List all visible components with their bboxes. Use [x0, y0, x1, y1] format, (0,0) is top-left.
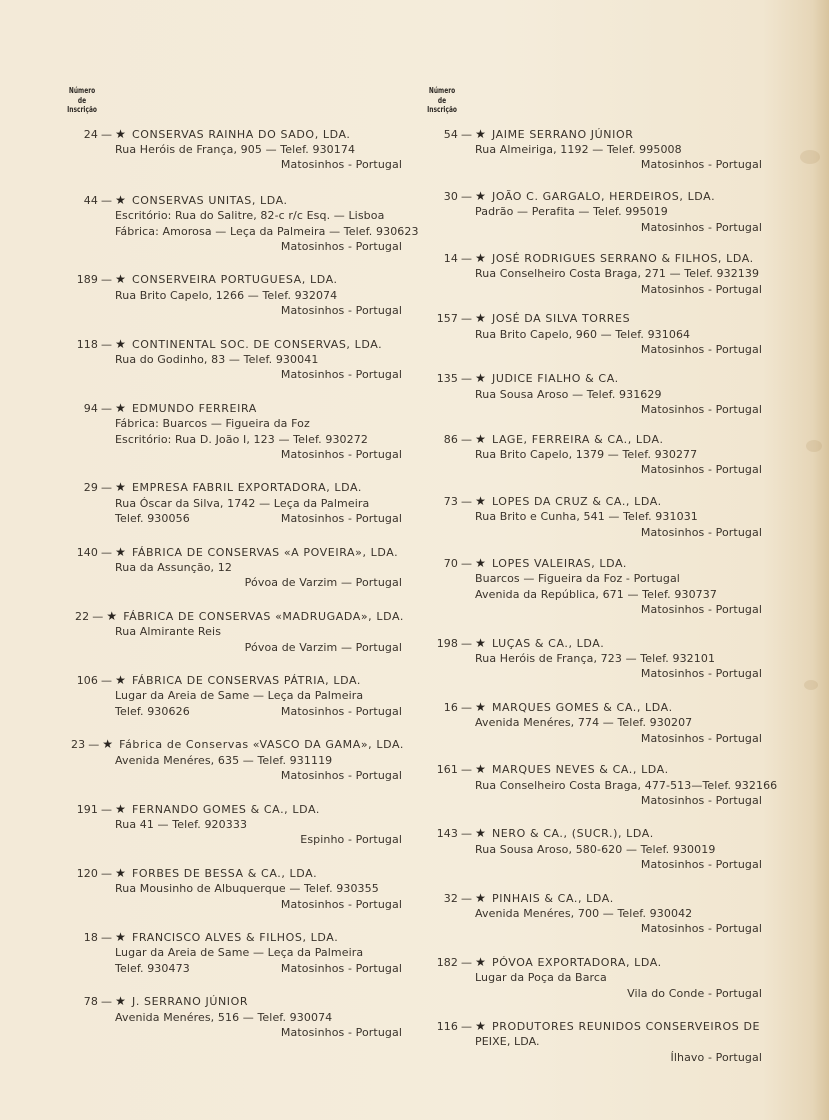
phone-locality-row: Telef. 930626Matosinhos - Portugal [64, 704, 404, 719]
locality: Póvoa de Varzim — Portugal [64, 575, 404, 590]
registration-number: 191 [64, 802, 98, 817]
locality: Matosinhos - Portugal [64, 303, 404, 318]
registration-number: 182 [424, 955, 458, 970]
registration-number: 135 [424, 371, 458, 386]
address-line: Rua Brito e Cunha, 541 — Telef. 931031 [424, 509, 764, 524]
phone-number: Telef. 930626 [115, 704, 190, 719]
entry-heading: 198—★LUÇAS & CA., LDA. [424, 636, 764, 651]
address-line: Lugar da Areia de Same — Leça da Palmeir… [64, 688, 404, 703]
company-name: Fábrica de Conservas «VASCO DA GAMA», LD… [119, 737, 404, 752]
address-line: Avenida Menéres, 516 — Telef. 930074 [64, 1010, 404, 1025]
company-entry: 24—★CONSERVAS RAINHA DO SADO, LDA.Rua He… [64, 127, 404, 173]
company-name: MARQUES NEVES & CA., LDA. [492, 762, 669, 777]
entry-heading: 73—★LOPES DA CRUZ & CA., LDA. [424, 494, 764, 509]
registration-number: 94 [64, 401, 98, 416]
star-icon: ★ [475, 955, 486, 970]
company-entry: 44—★CONSERVAS UNITAS, LDA.Escritório: Ru… [64, 193, 404, 255]
address-line: Avenida Menéres, 700 — Telef. 930042 [424, 906, 764, 921]
company-entry: 70—★LOPES VALEIRAS, LDA.Buarcos — Figuei… [424, 556, 764, 618]
header-line: Número [424, 86, 460, 96]
dash-separator: — [461, 1019, 472, 1034]
entry-heading: 140—★FÁBRICA DE CONSERVAS «A POVEIRA», L… [64, 545, 404, 560]
scanned-page: Número de Inscrição 24—★CONSERVAS RAINHA… [0, 0, 829, 1120]
address-line: Escritório: Rua do Salitre, 82-c r/c Esq… [64, 208, 404, 223]
address-line: PEIXE, LDA. [424, 1034, 764, 1049]
dash-separator: — [461, 251, 472, 266]
star-icon: ★ [115, 127, 126, 142]
entry-heading: 30—★JOÃO C. GARGALO, HERDEIROS, LDA. [424, 189, 764, 204]
company-name: FÁBRICA DE CONSERVAS PÁTRIA, LDA. [132, 673, 361, 688]
dash-separator: — [461, 371, 472, 386]
address-line: Lugar da Poça da Barca [424, 970, 764, 985]
registration-number: 189 [64, 272, 98, 287]
star-icon: ★ [115, 930, 126, 945]
registration-number-header: Número de Inscrição [424, 86, 460, 115]
registration-number: 44 [64, 193, 98, 208]
address-line: Lugar da Areia de Same — Leça da Palmeir… [64, 945, 404, 960]
dash-separator: — [101, 272, 112, 287]
left-column: Número de Inscrição 24—★CONSERVAS RAINHA… [64, 86, 404, 1040]
company-name: LOPES DA CRUZ & CA., LDA. [492, 494, 662, 509]
locality: Matosinhos - Portugal [424, 157, 764, 172]
star-icon: ★ [115, 480, 126, 495]
dash-separator: — [461, 311, 472, 326]
company-name: CONTINENTAL SOC. DE CONSERVAS, LDA. [132, 337, 382, 352]
locality: Ílhavo - Portugal [424, 1050, 764, 1065]
registration-number: 73 [424, 494, 458, 509]
registration-number: 86 [424, 432, 458, 447]
entry-heading: 16—★MARQUES GOMES & CA., LDA. [424, 700, 764, 715]
address-line: Rua 41 — Telef. 920333 [64, 817, 404, 832]
locality: Matosinhos - Portugal [424, 402, 764, 417]
dash-separator: — [461, 189, 472, 204]
address-line: Rua Almeiriga, 1192 — Telef. 995008 [424, 142, 764, 157]
registration-number: 24 [64, 127, 98, 142]
locality: Matosinhos - Portugal [424, 602, 764, 617]
dash-separator: — [461, 127, 472, 142]
header-line: Inscrição [424, 105, 460, 115]
dash-separator: — [101, 337, 112, 352]
company-name: EDMUNDO FERREIRA [132, 401, 257, 416]
star-icon: ★ [475, 432, 486, 447]
registration-number: 16 [424, 700, 458, 715]
company-entry: 22—★FÁBRICA DE CONSERVAS «MADRUGADA», LD… [64, 609, 404, 655]
locality: Espinho - Portugal [64, 832, 404, 847]
address-line: Rua Brito Capelo, 1266 — Telef. 932074 [64, 288, 404, 303]
star-icon: ★ [102, 737, 113, 752]
company-entry: 32—★PINHAIS & CA., LDA.Avenida Menéres, … [424, 891, 764, 937]
company-name: FORBES DE BESSA & CA., LDA. [132, 866, 317, 881]
company-entry: 161—★MARQUES NEVES & CA., LDA.Rua Consel… [424, 762, 764, 808]
address-line: Rua Conselheiro Costa Braga, 271 — Telef… [424, 266, 764, 281]
dash-separator: — [101, 930, 112, 945]
company-entry: 78—★J. SERRANO JÚNIORAvenida Menéres, 51… [64, 994, 404, 1040]
dash-separator: — [461, 700, 472, 715]
address-line: Fábrica: Amorosa — Leça da Palmeira — Te… [64, 224, 404, 239]
locality: Matosinhos - Portugal [424, 220, 764, 235]
company-entry: 14—★JOSÉ RODRIGUES SERRANO & FILHOS, LDA… [424, 251, 764, 297]
company-entry: 54—★JAIME SERRANO JÚNIORRua Almeiriga, 1… [424, 127, 764, 173]
star-icon: ★ [475, 251, 486, 266]
header-line: Número [64, 86, 100, 96]
address-line: Rua Heróis de França, 905 — Telef. 93017… [64, 142, 404, 157]
dash-separator: — [461, 636, 472, 651]
registration-number: 32 [424, 891, 458, 906]
entry-heading: 22—★FÁBRICA DE CONSERVAS «MADRUGADA», LD… [64, 609, 404, 624]
company-entry: 140—★FÁBRICA DE CONSERVAS «A POVEIRA», L… [64, 545, 404, 591]
star-icon: ★ [475, 311, 486, 326]
company-entry: 135—★JUDICE FIALHO & CA.Rua Sousa Aroso … [424, 371, 764, 417]
star-icon: ★ [475, 1019, 486, 1034]
company-name: J. SERRANO JÚNIOR [132, 994, 248, 1009]
dash-separator: — [461, 826, 472, 841]
entry-heading: 14—★JOSÉ RODRIGUES SERRANO & FILHOS, LDA… [424, 251, 764, 266]
company-name: FÁBRICA DE CONSERVAS «A POVEIRA», LDA. [132, 545, 398, 560]
entry-heading: 32—★PINHAIS & CA., LDA. [424, 891, 764, 906]
dash-separator: — [461, 955, 472, 970]
company-list: 24—★CONSERVAS RAINHA DO SADO, LDA.Rua He… [64, 127, 404, 1041]
entry-heading: 106—★FÁBRICA DE CONSERVAS PÁTRIA, LDA. [64, 673, 404, 688]
address-line: Avenida Menéres, 774 — Telef. 930207 [424, 715, 764, 730]
registration-number: 30 [424, 189, 458, 204]
locality: Matosinhos - Portugal [64, 1025, 404, 1040]
registration-number: 198 [424, 636, 458, 651]
address-line: Buarcos — Figueira da Foz - Portugal [424, 571, 764, 586]
header-line: de [424, 96, 460, 106]
locality: Matosinhos - Portugal [281, 704, 402, 719]
address-line: Fábrica: Buarcos — Figueira da Foz [64, 416, 404, 431]
address-line: Avenida da República, 671 — Telef. 93073… [424, 587, 764, 602]
dash-separator: — [101, 994, 112, 1009]
address-line: Padrão — Perafita — Telef. 995019 [424, 204, 764, 219]
address-line: Rua Mousinho de Albuquerque — Telef. 930… [64, 881, 404, 896]
company-entry: 30—★JOÃO C. GARGALO, HERDEIROS, LDA.Padr… [424, 189, 764, 235]
star-icon: ★ [475, 127, 486, 142]
company-name: LUÇAS & CA., LDA. [492, 636, 604, 651]
locality: Matosinhos - Portugal [424, 666, 764, 681]
paper-stain [804, 680, 818, 690]
locality: Matosinhos - Portugal [281, 511, 402, 526]
company-name: EMPRESA FABRIL EXPORTADORA, LDA. [132, 480, 362, 495]
dash-separator: — [101, 127, 112, 142]
locality: Matosinhos - Portugal [64, 897, 404, 912]
registration-number: 143 [424, 826, 458, 841]
address-line: Escritório: Rua D. João I, 123 — Telef. … [64, 432, 404, 447]
entry-heading: 18—★FRANCISCO ALVES & FILHOS, LDA. [64, 930, 404, 945]
locality: Matosinhos - Portugal [424, 342, 764, 357]
company-entry: 143—★NERO & CA., (SUCR.), LDA.Rua Sousa … [424, 826, 764, 872]
dash-separator: — [101, 866, 112, 881]
paper-stain [800, 150, 820, 164]
locality: Matosinhos - Portugal [64, 367, 404, 382]
star-icon: ★ [475, 494, 486, 509]
locality: Matosinhos - Portugal [424, 857, 764, 872]
company-name: JOSÉ RODRIGUES SERRANO & FILHOS, LDA. [492, 251, 754, 266]
address-line: Rua Brito Capelo, 1379 — Telef. 930277 [424, 447, 764, 462]
entry-heading: 118—★CONTINENTAL SOC. DE CONSERVAS, LDA. [64, 337, 404, 352]
locality: Matosinhos - Portugal [424, 731, 764, 746]
company-name: LAGE, FERREIRA & CA., LDA. [492, 432, 664, 447]
entry-heading: 161—★MARQUES NEVES & CA., LDA. [424, 762, 764, 777]
star-icon: ★ [115, 272, 126, 287]
entry-heading: 157—★JOSÉ DA SILVA TORRES [424, 311, 764, 326]
company-entry: 16—★MARQUES GOMES & CA., LDA.Avenida Men… [424, 700, 764, 746]
company-entry: 120—★FORBES DE BESSA & CA., LDA.Rua Mous… [64, 866, 404, 912]
company-entry: 94—★EDMUNDO FERREIRAFábrica: Buarcos — F… [64, 401, 404, 463]
locality: Matosinhos - Portugal [424, 525, 764, 540]
company-list: 54—★JAIME SERRANO JÚNIORRua Almeiriga, 1… [424, 127, 764, 1066]
company-entry: 191—★FERNANDO GOMES & CA., LDA.Rua 41 — … [64, 802, 404, 848]
locality: Matosinhos - Portugal [424, 462, 764, 477]
company-name: JAIME SERRANO JÚNIOR [492, 127, 634, 142]
star-icon: ★ [475, 189, 486, 204]
company-entry: 23—★Fábrica de Conservas «VASCO DA GAMA»… [64, 737, 404, 783]
company-entry: 118—★CONTINENTAL SOC. DE CONSERVAS, LDA.… [64, 337, 404, 383]
paper-stain [806, 440, 822, 452]
company-name: FÁBRICA DE CONSERVAS «MADRUGADA», LDA. [123, 609, 404, 624]
star-icon: ★ [115, 545, 126, 560]
registration-number: 23 [64, 737, 85, 752]
address-line: Rua Conselheiro Costa Braga, 477-513—Tel… [424, 778, 764, 793]
dash-separator: — [101, 673, 112, 688]
address-line: Rua do Godinho, 83 — Telef. 930041 [64, 352, 404, 367]
address-line: Rua Óscar da Silva, 1742 — Leça da Palme… [64, 496, 404, 511]
entry-heading: 116—★PRODUTORES REUNIDOS CONSERVEIROS DE [424, 1019, 764, 1034]
company-name: PÓVOA EXPORTADORA, LDA. [492, 955, 662, 970]
company-entry: 29—★EMPRESA FABRIL EXPORTADORA, LDA.Rua … [64, 480, 404, 526]
company-name: CONSERVEIRA PORTUGUESA, LDA. [132, 272, 338, 287]
company-name: FRANCISCO ALVES & FILHOS, LDA. [132, 930, 338, 945]
dash-separator: — [461, 762, 472, 777]
registration-number: 70 [424, 556, 458, 571]
star-icon: ★ [475, 826, 486, 841]
address-line: Rua Brito Capelo, 960 — Telef. 931064 [424, 327, 764, 342]
registration-number: 116 [424, 1019, 458, 1034]
address-line: Rua Sousa Aroso — Telef. 931629 [424, 387, 764, 402]
locality: Matosinhos - Portugal [64, 768, 404, 783]
registration-number: 140 [64, 545, 98, 560]
company-entry: 73—★LOPES DA CRUZ & CA., LDA.Rua Brito e… [424, 494, 764, 540]
star-icon: ★ [475, 556, 486, 571]
dash-separator: — [461, 432, 472, 447]
star-icon: ★ [475, 891, 486, 906]
address-line: Rua Sousa Aroso, 580-620 — Telef. 930019 [424, 842, 764, 857]
star-icon: ★ [115, 673, 126, 688]
company-entry: 116—★PRODUTORES REUNIDOS CONSERVEIROS DE… [424, 1019, 764, 1065]
company-entry: 198—★LUÇAS & CA., LDA.Rua Heróis de Fran… [424, 636, 764, 682]
header-line: Inscrição [64, 105, 100, 115]
company-name: LOPES VALEIRAS, LDA. [492, 556, 627, 571]
registration-number: 157 [424, 311, 458, 326]
dash-separator: — [101, 193, 112, 208]
registration-number: 22 [64, 609, 89, 624]
entry-heading: 86—★LAGE, FERREIRA & CA., LDA. [424, 432, 764, 447]
dash-separator: — [88, 737, 99, 752]
dash-separator: — [461, 556, 472, 571]
company-entry: 86—★LAGE, FERREIRA & CA., LDA.Rua Brito … [424, 432, 764, 478]
company-name: FERNANDO GOMES & CA., LDA. [132, 802, 320, 817]
locality: Vila do Conde - Portugal [424, 986, 764, 1001]
locality: Matosinhos - Portugal [64, 447, 404, 462]
star-icon: ★ [115, 193, 126, 208]
dash-separator: — [101, 802, 112, 817]
company-entry: 157—★JOSÉ DA SILVA TORRESRua Brito Capel… [424, 311, 764, 357]
company-entry: 189—★CONSERVEIRA PORTUGUESA, LDA.Rua Bri… [64, 272, 404, 318]
entry-heading: 120—★FORBES DE BESSA & CA., LDA. [64, 866, 404, 881]
company-name: PINHAIS & CA., LDA. [492, 891, 614, 906]
company-name: CONSERVAS RAINHA DO SADO, LDA. [132, 127, 351, 142]
registration-number: 18 [64, 930, 98, 945]
locality: Matosinhos - Portugal [64, 239, 404, 254]
dash-separator: — [101, 545, 112, 560]
star-icon: ★ [106, 609, 117, 624]
star-icon: ★ [475, 636, 486, 651]
entry-heading: 29—★EMPRESA FABRIL EXPORTADORA, LDA. [64, 480, 404, 495]
star-icon: ★ [115, 337, 126, 352]
registration-number: 120 [64, 866, 98, 881]
entry-heading: 44—★CONSERVAS UNITAS, LDA. [64, 193, 404, 208]
registration-number: 106 [64, 673, 98, 688]
registration-number: 78 [64, 994, 98, 1009]
phone-number: Telef. 930056 [115, 511, 190, 526]
locality: Matosinhos - Portugal [281, 961, 402, 976]
company-name: MARQUES GOMES & CA., LDA. [492, 700, 673, 715]
star-icon: ★ [115, 401, 126, 416]
locality: Matosinhos - Portugal [424, 921, 764, 936]
entry-heading: 191—★FERNANDO GOMES & CA., LDA. [64, 802, 404, 817]
locality: Póvoa de Varzim — Portugal [64, 640, 404, 655]
entry-heading: 78—★J. SERRANO JÚNIOR [64, 994, 404, 1009]
dash-separator: — [101, 480, 112, 495]
registration-number: 14 [424, 251, 458, 266]
right-column: Número de Inscrição 54—★JAIME SERRANO JÚ… [424, 86, 764, 1065]
company-name: NERO & CA., (SUCR.), LDA. [492, 826, 654, 841]
header-line: de [64, 96, 100, 106]
entry-heading: 24—★CONSERVAS RAINHA DO SADO, LDA. [64, 127, 404, 142]
company-entry: 182—★PÓVOA EXPORTADORA, LDA.Lugar da Poç… [424, 955, 764, 1001]
registration-number: 161 [424, 762, 458, 777]
dash-separator: — [101, 401, 112, 416]
phone-locality-row: Telef. 930473Matosinhos - Portugal [64, 961, 404, 976]
entry-heading: 70—★LOPES VALEIRAS, LDA. [424, 556, 764, 571]
registration-number-header: Número de Inscrição [64, 86, 100, 115]
phone-locality-row: Telef. 930056Matosinhos - Portugal [64, 511, 404, 526]
star-icon: ★ [115, 866, 126, 881]
star-icon: ★ [475, 700, 486, 715]
entry-heading: 94—★EDMUNDO FERREIRA [64, 401, 404, 416]
phone-number: Telef. 930473 [115, 961, 190, 976]
star-icon: ★ [115, 994, 126, 1009]
locality: Matosinhos - Portugal [424, 282, 764, 297]
company-name: CONSERVAS UNITAS, LDA. [132, 193, 288, 208]
star-icon: ★ [475, 371, 486, 386]
registration-number: 29 [64, 480, 98, 495]
entry-heading: 135—★JUDICE FIALHO & CA. [424, 371, 764, 386]
address-line: Rua da Assunção, 12 [64, 560, 404, 575]
locality: Matosinhos - Portugal [424, 793, 764, 808]
dash-separator: — [461, 494, 472, 509]
entry-heading: 143—★NERO & CA., (SUCR.), LDA. [424, 826, 764, 841]
company-entry: 18—★FRANCISCO ALVES & FILHOS, LDA.Lugar … [64, 930, 404, 976]
registration-number: 118 [64, 337, 98, 352]
address-line: Rua Almirante Reis [64, 624, 404, 639]
entry-heading: 54—★JAIME SERRANO JÚNIOR [424, 127, 764, 142]
company-name: JOÃO C. GARGALO, HERDEIROS, LDA. [492, 189, 715, 204]
company-name: JUDICE FIALHO & CA. [492, 371, 619, 386]
entry-heading: 182—★PÓVOA EXPORTADORA, LDA. [424, 955, 764, 970]
company-name: PRODUTORES REUNIDOS CONSERVEIROS DE [492, 1019, 760, 1034]
address-line: Rua Heróis de França, 723 — Telef. 93210… [424, 651, 764, 666]
company-name: JOSÉ DA SILVA TORRES [492, 311, 630, 326]
star-icon: ★ [475, 762, 486, 777]
locality: Matosinhos - Portugal [64, 157, 404, 172]
dash-separator: — [92, 609, 103, 624]
registration-number: 54 [424, 127, 458, 142]
star-icon: ★ [115, 802, 126, 817]
entry-heading: 23—★Fábrica de Conservas «VASCO DA GAMA»… [64, 737, 404, 752]
entry-heading: 189—★CONSERVEIRA PORTUGUESA, LDA. [64, 272, 404, 287]
address-line: Avenida Menéres, 635 — Telef. 931119 [64, 753, 404, 768]
dash-separator: — [461, 891, 472, 906]
company-entry: 106—★FÁBRICA DE CONSERVAS PÁTRIA, LDA.Lu… [64, 673, 404, 719]
